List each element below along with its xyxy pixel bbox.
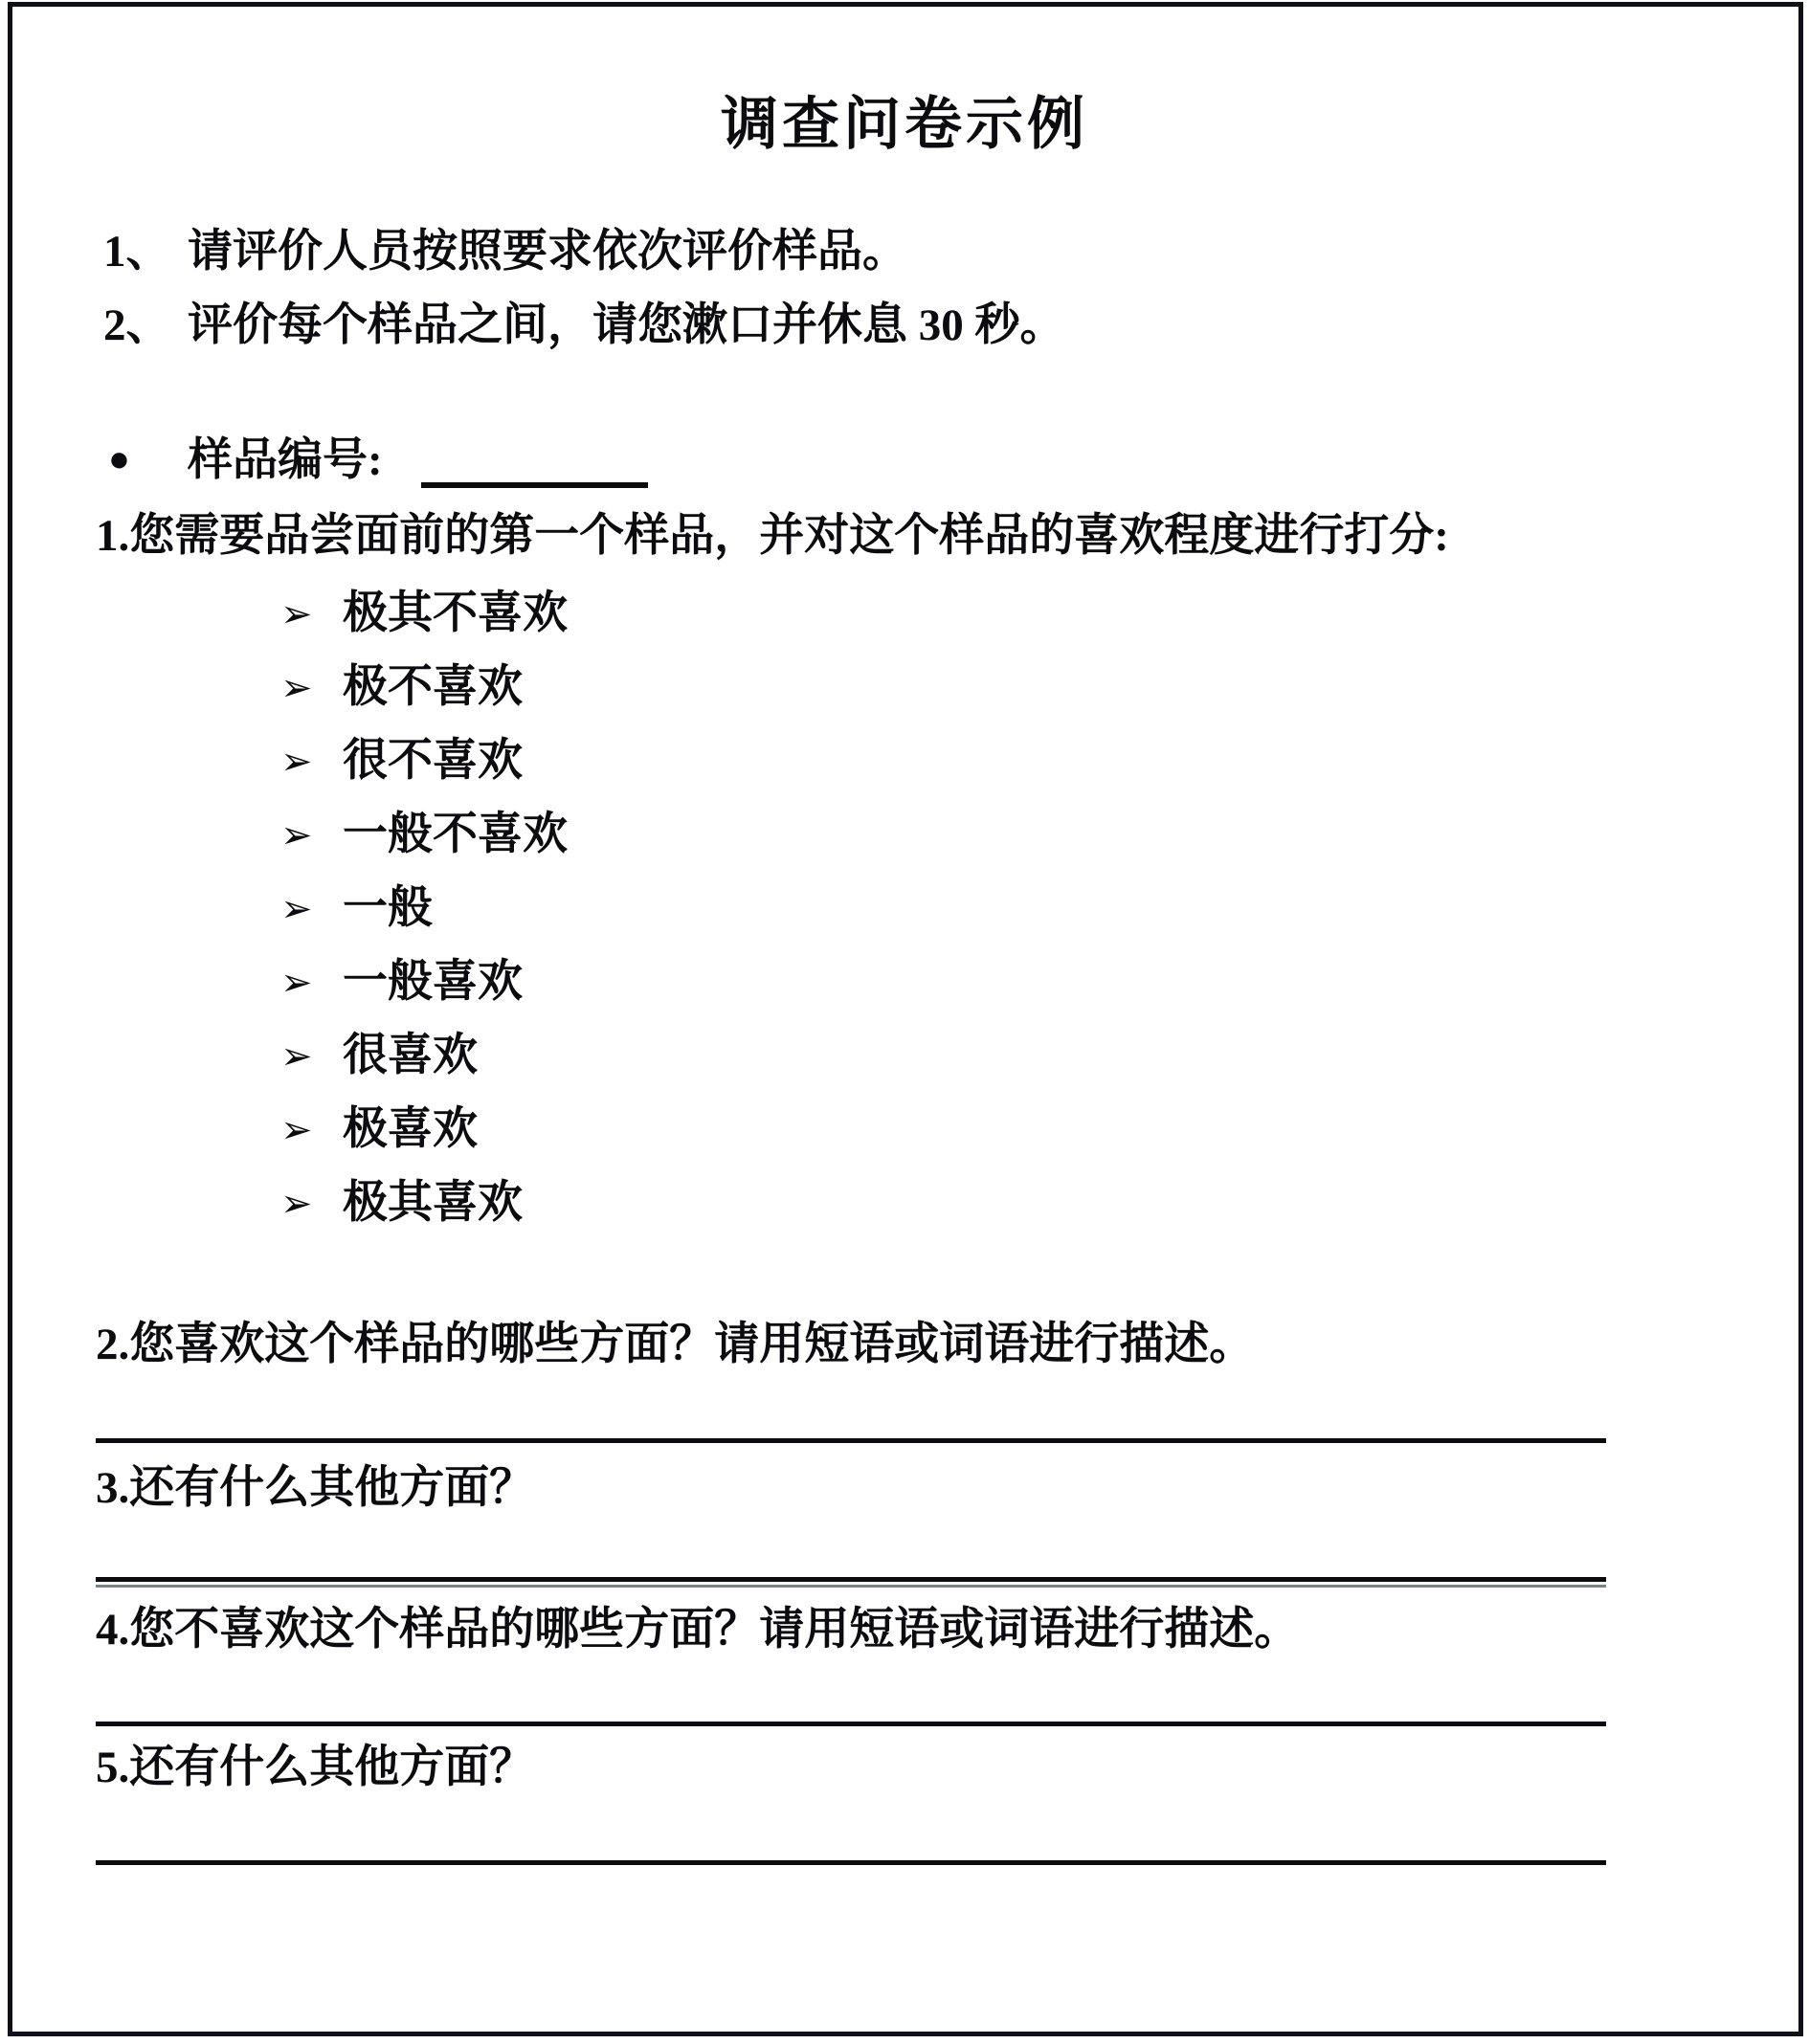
rating-option-row[interactable]: ➢ 一般不喜欢 xyxy=(0,798,1809,872)
question-2-text: 您喜欢这个样品的哪些方面？请用短语或词语进行描述。 xyxy=(129,1320,1254,1369)
rating-option-label: 极喜欢 xyxy=(343,1093,478,1166)
arrow-bullet-icon: ➢ xyxy=(280,945,313,1019)
arrow-bullet-icon: ➢ xyxy=(280,872,313,945)
answer-line[interactable] xyxy=(96,1438,1606,1443)
page-title: 调查问卷示例 xyxy=(0,96,1809,153)
rating-option-label: 一般喜欢 xyxy=(343,945,523,1019)
question-2-number: 2. xyxy=(96,1320,129,1369)
rating-option-row[interactable]: ➢ 一般 xyxy=(0,872,1809,945)
answer-line[interactable] xyxy=(96,1860,1606,1865)
rating-option-label: 很不喜欢 xyxy=(343,724,523,798)
question-2: 2.您喜欢这个样品的哪些方面？请用短语或词语进行描述。 xyxy=(96,1319,1254,1370)
instruction-2-number: 2、 xyxy=(103,300,188,351)
arrow-bullet-icon: ➢ xyxy=(280,1019,313,1093)
question-4: 4.您不喜欢这个样品的哪些方面？请用短语或词语进行描述。 xyxy=(96,1604,1299,1655)
arrow-bullet-icon: ➢ xyxy=(280,798,313,872)
instruction-2: 2、评价每个样品之间，请您漱口并休息 30 秒。 xyxy=(103,300,1065,351)
rating-options-list: ➢ 极其不喜欢 ➢ 极不喜欢 ➢ 很不喜欢 ➢ 一般不喜欢 ➢ 一般 ➢ 一般喜… xyxy=(0,577,1809,1240)
answer-line[interactable] xyxy=(96,1722,1606,1726)
question-3: 3.还有什么其他方面？ xyxy=(96,1462,534,1514)
instruction-1-number: 1、 xyxy=(103,226,188,278)
question-5-number: 5. xyxy=(96,1743,129,1792)
question-5: 5.还有什么其他方面？ xyxy=(96,1742,534,1793)
arrow-bullet-icon: ➢ xyxy=(280,651,313,724)
rating-option-label: 极其不喜欢 xyxy=(343,577,568,651)
rating-option-row[interactable]: ➢ 极其不喜欢 xyxy=(0,577,1809,651)
rating-option-row[interactable]: ➢ 极不喜欢 xyxy=(0,651,1809,724)
question-3-text: 还有什么其他方面？ xyxy=(129,1463,534,1513)
arrow-bullet-icon: ➢ xyxy=(280,1166,313,1240)
question-5-text: 还有什么其他方面？ xyxy=(129,1743,534,1792)
sample-number-label: 样品编号: xyxy=(188,436,383,486)
question-1-text: 您需要品尝面前的第一个样品，并对这个样品的喜欢程度进行打分: xyxy=(129,511,1449,561)
sample-number-blank[interactable] xyxy=(421,482,648,488)
rating-option-row[interactable]: ➢ 很喜欢 xyxy=(0,1019,1809,1093)
question-3-number: 3. xyxy=(96,1463,129,1513)
rating-option-label: 极其喜欢 xyxy=(343,1166,523,1240)
rating-option-label: 极不喜欢 xyxy=(343,651,523,724)
question-1-number: 1. xyxy=(96,511,129,561)
question-4-number: 4. xyxy=(96,1605,129,1655)
arrow-bullet-icon: ➢ xyxy=(280,577,313,651)
answer-line[interactable] xyxy=(96,1577,1606,1582)
arrow-bullet-icon: ➢ xyxy=(280,724,313,798)
instruction-2-text: 评价每个样品之间，请您漱口并休息 30 秒。 xyxy=(188,300,1065,350)
rating-option-label: 一般不喜欢 xyxy=(343,798,568,872)
instruction-1: 1、请评价人员按照要求依次评价样品。 xyxy=(103,226,907,278)
instruction-1-text: 请评价人员按照要求依次评价样品。 xyxy=(188,227,907,277)
rating-option-row[interactable]: ➢ 极其喜欢 xyxy=(0,1166,1809,1240)
question-4-text: 您不喜欢这个样品的哪些方面？请用短语或词语进行描述。 xyxy=(129,1605,1299,1655)
questionnaire-page: 调查问卷示例 1、请评价人员按照要求依次评价样品。 2、评价每个样品之间，请您漱… xyxy=(0,0,1809,2044)
circle-bullet-icon: ● xyxy=(108,431,130,488)
rating-option-row[interactable]: ➢ 极喜欢 xyxy=(0,1093,1809,1166)
rating-option-label: 很喜欢 xyxy=(343,1019,478,1093)
arrow-bullet-icon: ➢ xyxy=(280,1093,313,1166)
rating-option-label: 一般 xyxy=(343,872,433,945)
answer-line-shadow xyxy=(96,1585,1606,1588)
question-1: 1.您需要品尝面前的第一个样品，并对这个样品的喜欢程度进行打分: xyxy=(96,510,1449,562)
rating-option-row[interactable]: ➢ 很不喜欢 xyxy=(0,724,1809,798)
rating-option-row[interactable]: ➢ 一般喜欢 xyxy=(0,945,1809,1019)
